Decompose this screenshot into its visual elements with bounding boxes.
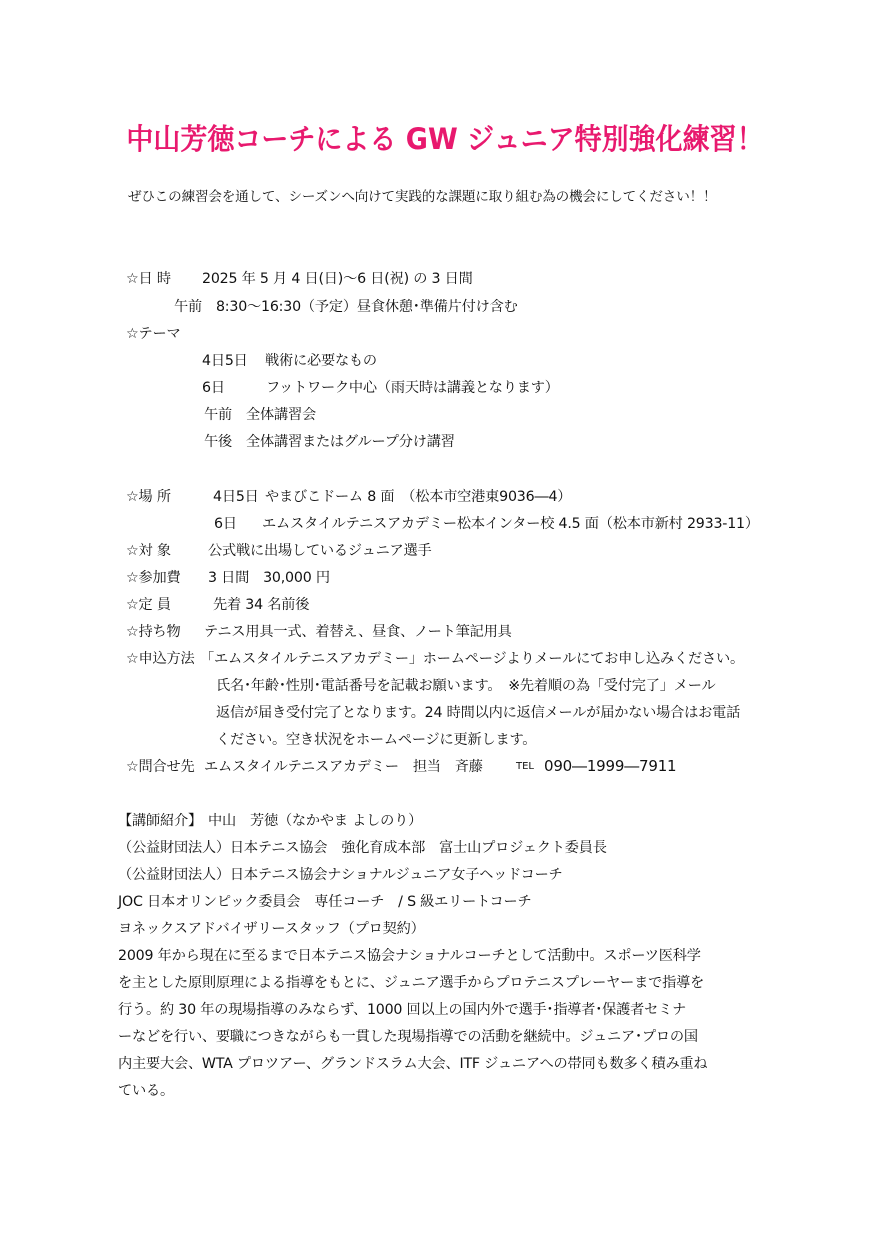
venue-text: エムスタイルテニスアカデミー松本インター校 4.5 面（松本市新村 2933-1… <box>262 515 759 533</box>
application-label: ☆申込方法 <box>126 650 194 668</box>
application-line: ください。空き状況をホームページに更新します。 <box>216 731 536 749</box>
theme-text: 戦術に必要なもの <box>265 352 377 370</box>
contact-org: エムスタイルテニスアカデミー 担当 斉藤 <box>204 758 483 776</box>
schedule-time: 午前 8:30～16:30（予定）昼食休憩･準備片付け含む <box>174 298 518 316</box>
instructor-title: JOC 日本オリンピック委員会 専任コーチ / S 級エリートコーチ <box>118 893 532 911</box>
instructor-name: 中山 芳徳（なかやま よしのり） <box>208 812 422 830</box>
application-line: 氏名･年齢･性別･電話番号を記載お願います。 ※先着順の為「受付完了」メール <box>216 677 715 695</box>
schedule-label: ☆日 時 <box>126 270 171 288</box>
application-line: 返信が届き受付完了となります。24 時間以内に返信メールが届かない場合はお電話 <box>216 704 740 722</box>
fee-value: 3 日間 30,000 円 <box>208 569 330 587</box>
instructor-title: （公益財団法人）日本テニス協会 強化育成本部 富士山プロジェクト委員長 <box>118 839 607 857</box>
flyer-page: 中山芳徳コーチによる GW ジュニア特別強化練習！ ぜひこの練習会を通して、シー… <box>0 0 890 1257</box>
theme-day: 午前 <box>204 406 232 424</box>
instructor-bio-line: ーなどを行い、要職につきながらも一貫した現場指導での活動を継続中。ジュニア･プロ… <box>118 1028 698 1046</box>
theme-text: 全体講習会 <box>246 406 316 424</box>
application-line: 「エムスタイルテニスアカデミー」ホームページよりメールにてお申し込みください。 <box>200 650 744 668</box>
venue-day: 4日5日 <box>213 488 259 506</box>
target-value: 公式戦に出場しているジュニア選手 <box>208 542 432 560</box>
theme-text: 全体講習またはグループ分け講習 <box>246 433 455 451</box>
fee-label: ☆参加費 <box>126 569 180 587</box>
contact-label: ☆問合せ先 <box>126 758 194 776</box>
instructor-title: （公益財団法人）日本テニス協会ナショナルジュニア女子ヘッドコーチ <box>118 866 563 884</box>
contact-tel: 090―1999―7911 <box>544 757 676 775</box>
instructor-bio-line: ている。 <box>118 1082 174 1100</box>
theme-label: ☆テーマ <box>126 325 180 343</box>
venue-text: やまびこドーム 8 面 （松本市空港東9036―4） <box>265 488 571 506</box>
belongings-value: テニス用具一式、着替え、昼食、ノート筆記用具 <box>204 623 512 641</box>
instructor-bio-line: 内主要大会、WTA プロツアー、グランドスラム大会、ITF ジュニアへの帯同も数… <box>118 1055 707 1073</box>
venue-label: ☆場 所 <box>126 488 171 506</box>
instructor-bio-line: 行う。約 30 年の現場指導のみならず、1000 回以上の国内外で選手･指導者･… <box>118 1001 686 1019</box>
intro-text: ぜひこの練習会を通して、シーズンへ向けて実践的な課題に取り組む為の機会にしてくだ… <box>128 188 716 206</box>
target-label: ☆対 象 <box>126 542 171 560</box>
instructor-heading: 【講師紹介】 <box>118 812 202 830</box>
belongings-label: ☆持ち物 <box>126 623 180 641</box>
page-title: 中山芳徳コーチによる GW ジュニア特別強化練習！ <box>0 115 890 157</box>
theme-text: フットワーク中心（雨天時は講義となります） <box>266 379 559 397</box>
venue-day: 6日 <box>214 515 237 533</box>
instructor-title: ヨネックスアドバイザリースタッフ（プロ契約） <box>118 920 425 938</box>
instructor-bio-line: を主とした原則原理による指導をもとに、ジュニア選手からプロテニスプレーヤーまで指… <box>118 974 704 992</box>
schedule-value: 2025 年 5 月 4 日(日)～6 日(祝) の 3 日間 <box>202 270 473 288</box>
tel-label: TEL <box>516 758 534 776</box>
theme-day: 午後 <box>204 433 232 451</box>
capacity-value: 先着 34 名前後 <box>213 596 309 614</box>
theme-day: 6日 <box>202 379 225 397</box>
theme-day: 4日5日 <box>202 352 248 370</box>
instructor-bio-line: 2009 年から現在に至るまで日本テニス協会ナショナルコーチとして活動中。スポー… <box>118 947 701 965</box>
capacity-label: ☆定 員 <box>126 596 171 614</box>
